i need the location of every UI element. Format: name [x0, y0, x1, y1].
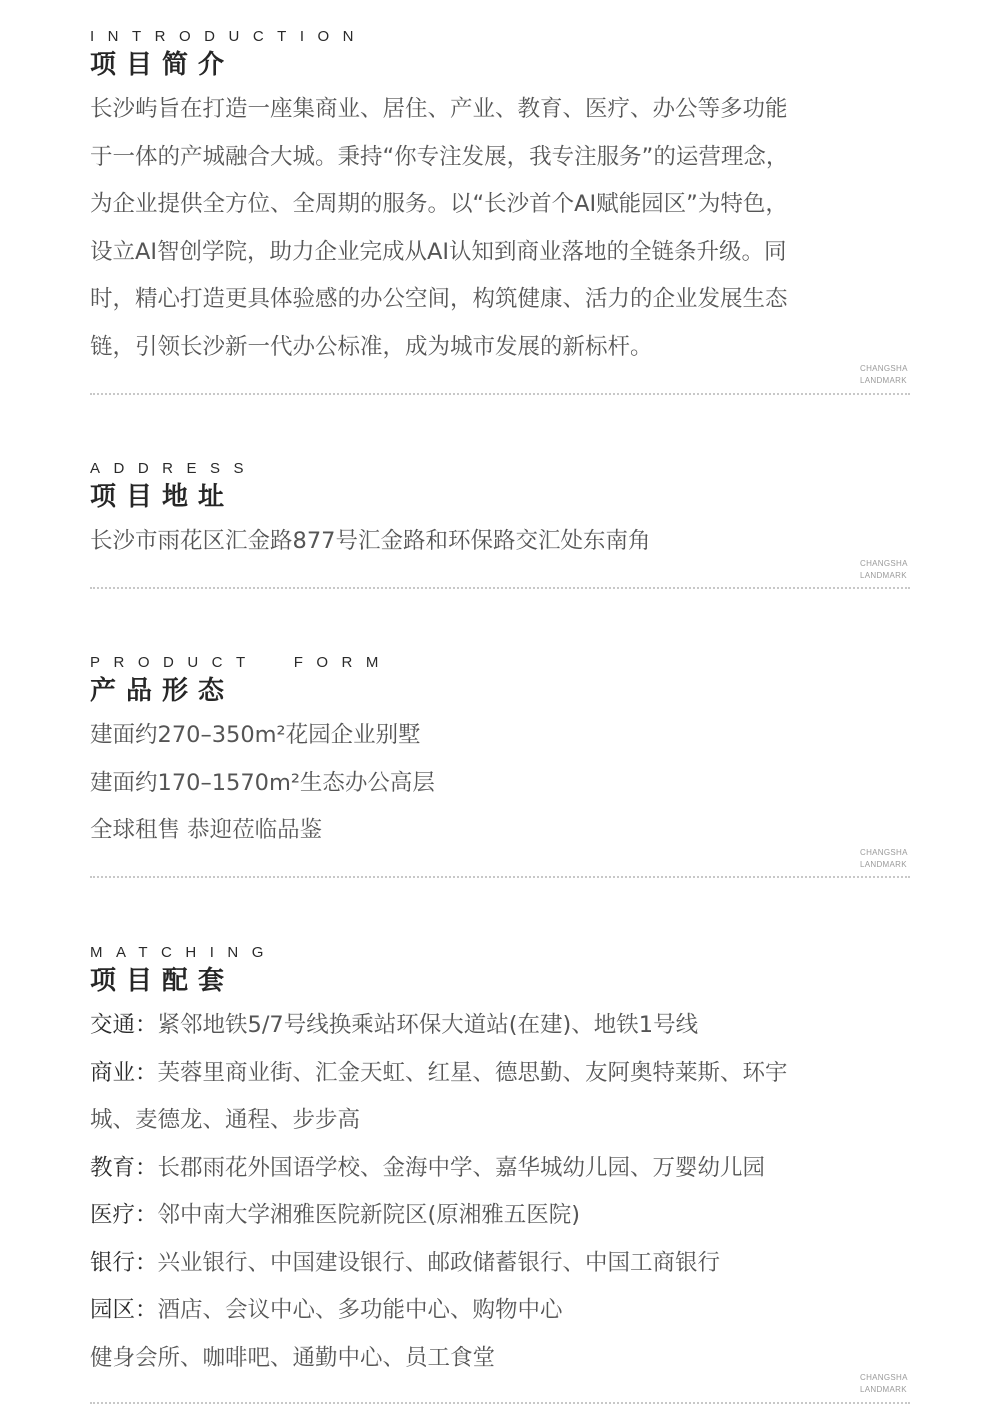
section-en-title: MATCHING — [90, 944, 910, 962]
changsha-landmark-watermark: CHANGSHA LANDMARK — [860, 847, 910, 871]
section-en-title: PRODUCT FORM — [90, 654, 910, 672]
watermark-line: LANDMARK — [860, 375, 910, 387]
matching-list: 交通：紧邻地铁5/7号线换乘站环保大道站(在建)、地铁1号线 商业：芙蓉里商业街… — [90, 1002, 865, 1382]
section-cn-title: 项目配套 — [90, 964, 910, 998]
dotted-divider — [90, 876, 910, 878]
item-text: 长郡雨花外国语学校、金海中学、嘉华城幼儿园、万婴幼儿园 — [158, 1155, 766, 1181]
matching-item-park-cont: 健身会所、咖啡吧、通勤中心、员工食堂 — [90, 1335, 865, 1383]
item-label: 银行： — [90, 1250, 158, 1276]
matching-item-commerce-cont: 城、麦德龙、通程、步步高 — [90, 1097, 865, 1145]
item-text: 紧邻地铁5/7号线换乘站环保大道站(在建)、地铁1号线 — [158, 1012, 699, 1038]
item-label: 商业： — [90, 1060, 158, 1086]
watermark-line: LANDMARK — [860, 570, 910, 582]
changsha-landmark-watermark: CHANGSHA LANDMARK — [860, 363, 910, 387]
section-cn-title: 项目简介 — [90, 48, 910, 82]
item-text: 健身会所、咖啡吧、通勤中心、员工食堂 — [90, 1345, 495, 1371]
address-text: 长沙市雨花区汇金路877号汇金路和环保路交汇处东南角 — [90, 518, 865, 566]
section-address: ADDRESS 项目地址 长沙市雨花区汇金路877号汇金路和环保路交汇处东南角 … — [90, 460, 910, 595]
product-list: 建面约270–350m²花园企业别墅 建面约170–1570m²生态办公高层 全… — [90, 712, 865, 855]
watermark-line: CHANGSHA — [860, 363, 910, 375]
dotted-divider — [90, 1402, 910, 1404]
item-text: 邻中南大学湘雅医院新院区(原湘雅五医院) — [158, 1202, 581, 1228]
item-text: 城、麦德龙、通程、步步高 — [90, 1107, 360, 1133]
paragraph-line: 时，精心打造更具体验感的办公空间，构筑健康、活力的企业发展生态 — [90, 276, 865, 324]
paragraph-line: 链，引领长沙新一代办公标准，成为城市发展的新标杆。 — [90, 324, 865, 372]
dotted-divider — [90, 587, 910, 589]
section-en-title: INTRODUCTION — [90, 28, 910, 46]
dotted-divider — [90, 393, 910, 395]
paragraph-line: 长沙屿旨在打造一座集商业、居住、产业、教育、医疗、办公等多功能 — [90, 86, 865, 134]
item-label: 医疗： — [90, 1202, 158, 1228]
watermark-line: CHANGSHA — [860, 1372, 910, 1384]
matching-item-bank: 银行：兴业银行、中国建设银行、邮政储蓄银行、中国工商银行 — [90, 1240, 865, 1288]
watermark-line: LANDMARK — [860, 859, 910, 871]
matching-item-commerce: 商业：芙蓉里商业街、汇金天虹、红星、德思勤、友阿奥特莱斯、环宇 — [90, 1050, 865, 1098]
paragraph-line: 为企业提供全方位、全周期的服务。以“长沙首个AI赋能园区”为特色， — [90, 181, 865, 229]
watermark-line: CHANGSHA — [860, 847, 910, 859]
changsha-landmark-watermark: CHANGSHA LANDMARK — [860, 1372, 910, 1396]
item-text: 兴业银行、中国建设银行、邮政储蓄银行、中国工商银行 — [158, 1250, 721, 1276]
matching-item-education: 教育：长郡雨花外国语学校、金海中学、嘉华城幼儿园、万婴幼儿园 — [90, 1145, 865, 1193]
product-line: 建面约270–350m²花园企业别墅 — [90, 712, 865, 760]
section-en-title: ADDRESS — [90, 460, 910, 478]
section-product-form: PRODUCT FORM 产品形态 建面约270–350m²花园企业别墅 建面约… — [90, 654, 910, 884]
watermark-line: CHANGSHA — [860, 558, 910, 570]
changsha-landmark-watermark: CHANGSHA LANDMARK — [860, 558, 910, 582]
watermark-line: LANDMARK — [860, 1384, 910, 1396]
section-matching: MATCHING 项目配套 交通：紧邻地铁5/7号线换乘站环保大道站(在建)、地… — [90, 944, 910, 1414]
paragraph-line: 于一体的产城融合大城。秉持“你专注发展，我专注服务”的运营理念， — [90, 134, 865, 182]
item-text: 芙蓉里商业街、汇金天虹、红星、德思勤、友阿奥特莱斯、环宇 — [158, 1060, 788, 1086]
paragraph-line: 设立AI智创学院，助力企业完成从AI认知到商业落地的全链条升级。同 — [90, 229, 865, 277]
product-line: 建面约170–1570m²生态办公高层 — [90, 760, 865, 808]
matching-item-medical: 医疗：邻中南大学湘雅医院新院区(原湘雅五医院) — [90, 1192, 865, 1240]
intro-paragraph: 长沙屿旨在打造一座集商业、居住、产业、教育、医疗、办公等多功能 于一体的产城融合… — [90, 86, 865, 371]
section-cn-title: 项目地址 — [90, 480, 910, 514]
item-label: 教育： — [90, 1155, 158, 1181]
address-line: 长沙市雨花区汇金路877号汇金路和环保路交汇处东南角 — [90, 518, 865, 566]
section-cn-title: 产品形态 — [90, 674, 910, 708]
matching-item-transport: 交通：紧邻地铁5/7号线换乘站环保大道站(在建)、地铁1号线 — [90, 1002, 865, 1050]
section-introduction: INTRODUCTION 项目简介 长沙屿旨在打造一座集商业、居住、产业、教育、… — [90, 28, 910, 398]
item-label: 园区： — [90, 1297, 158, 1323]
matching-item-park: 园区：酒店、会议中心、多功能中心、购物中心 — [90, 1287, 865, 1335]
item-text: 酒店、会议中心、多功能中心、购物中心 — [158, 1297, 563, 1323]
item-label: 交通： — [90, 1012, 158, 1038]
product-line: 全球租售 恭迎莅临品鉴 — [90, 807, 865, 855]
